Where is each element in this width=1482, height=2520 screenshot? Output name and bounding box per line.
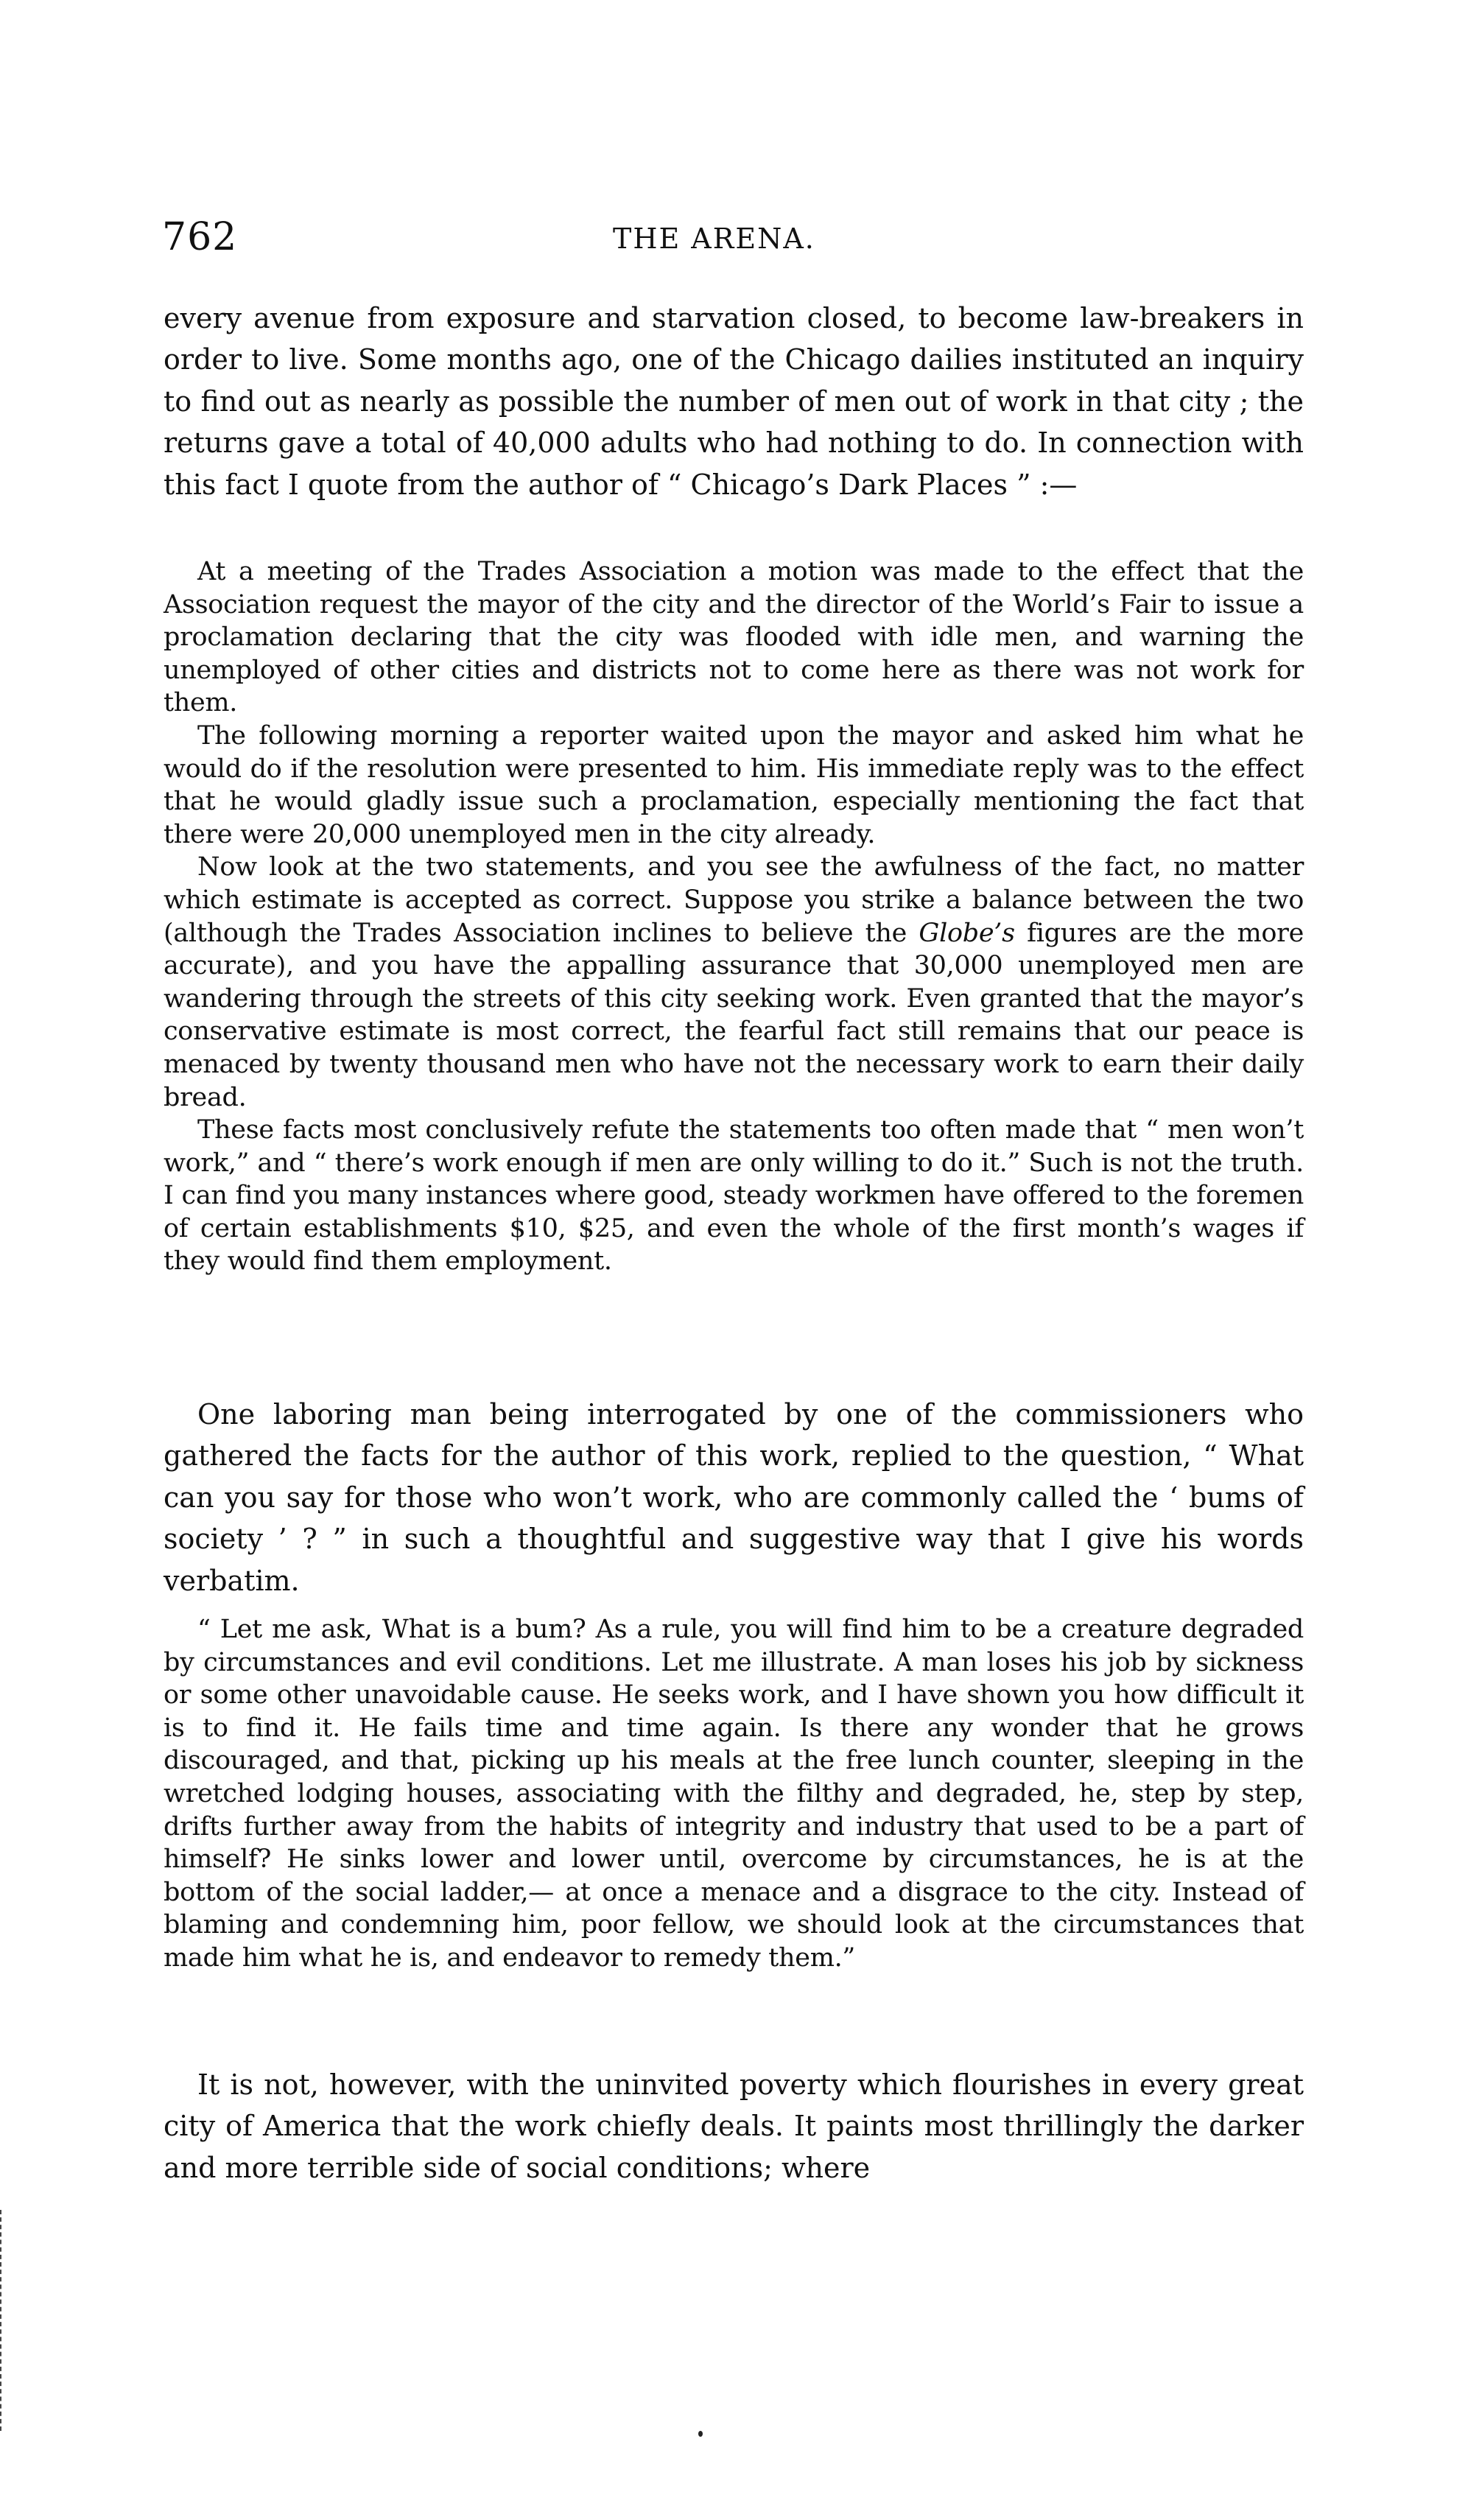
quote-paragraph-trades-association: At a meeting of the Trades Association a…	[164, 555, 1304, 720]
intro-text: every avenue from exposure and starvatio…	[164, 298, 1304, 505]
globe-newspaper-title: Globe’s	[919, 919, 1014, 948]
running-title: THE ARENA.	[613, 222, 815, 255]
closing-text: It is not, however, with the uninvited p…	[164, 2064, 1304, 2189]
page-number: 762	[162, 215, 237, 259]
laboring-man-text: One laboring man being interrogated by o…	[164, 1394, 1304, 1601]
scan-edge-marks	[0, 2210, 4, 2431]
bum-quote-text: “ Let me ask, What is a bum? As a rule, …	[164, 1613, 1304, 1975]
quote-paragraph-two-statements: Now look at the two statements, and you …	[164, 851, 1304, 1114]
closing-paragraph: It is not, however, with the uninvited p…	[164, 2064, 1304, 2189]
middle-paragraph: One laboring man being interrogated by o…	[164, 1394, 1304, 1601]
quote-paragraph-mayor-reply: The following morning a reporter waited …	[164, 720, 1304, 851]
quoted-block-bum: “ Let me ask, What is a bum? As a rule, …	[164, 1613, 1304, 1975]
scan-speck	[698, 2431, 703, 2437]
intro-paragraph: every avenue from exposure and starvatio…	[164, 298, 1304, 505]
quoted-block-chicago-dark-places: At a meeting of the Trades Association a…	[164, 555, 1304, 1278]
quote-paragraph-facts-refute: These facts most conclusively refute the…	[164, 1114, 1304, 1278]
